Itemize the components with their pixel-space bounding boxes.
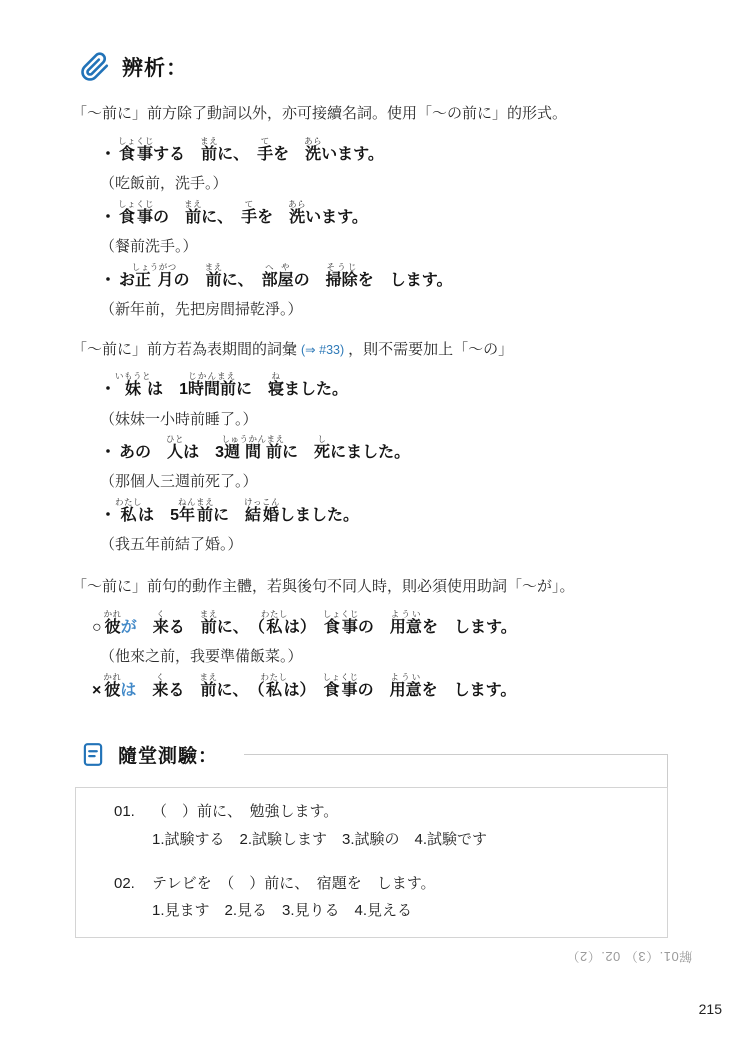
example-marker: × bbox=[92, 682, 101, 699]
quiz-header: 隨堂測驗： bbox=[75, 738, 668, 770]
period-example-group: ・妹いもうとは 1時間前じかんまえに 寝ねました。 （妹妹一小時前睡了。） ・あ… bbox=[100, 371, 750, 559]
question-number: 02. bbox=[114, 870, 152, 926]
example-sentence: ・食事しょくじの 前まえに、 手てを 洗あらいます。 bbox=[100, 199, 750, 233]
rule-period-post: ，則不需要加上「〜の」 bbox=[348, 341, 513, 358]
example-item: ・お正月しょうがつの 前まえに、 部屋へやの 掃除そうじを します。 （新年前，… bbox=[100, 262, 750, 324]
example-marker: ○ bbox=[92, 619, 102, 636]
example-translation: （妹妹一小時前睡了。） bbox=[100, 406, 750, 434]
example-item: ・あの 人ひとは 3週間前しゅうかんまえに 死しにました。 （那個人三週前死了。… bbox=[100, 434, 750, 496]
example-translation: （他來之前，我要準備飯菜。） bbox=[92, 643, 750, 671]
rule-noun-connection: 「〜前に」前方除了動詞以外，亦可接續名詞。使用「〜の前に」的形式。 bbox=[72, 100, 710, 128]
example-item: ×彼かれは 来くる 前まえに、 （私わたしは） 食事しょくじの 用意よういを し… bbox=[92, 672, 750, 706]
example-sentence: ・妹いもうとは 1時間前じかんまえに 寝ねました。 bbox=[100, 371, 750, 405]
example-item: ○彼かれが 来くる 前まえに、 （私わたしは） 食事しょくじの 用意よういを し… bbox=[92, 609, 750, 671]
example-translation: （吃飯前，洗手。） bbox=[100, 170, 750, 198]
example-sentence-text: 私わたしは 5年前ねんまえに 結婚けっこんしました。 bbox=[119, 507, 359, 524]
example-sentence: ・あの 人ひとは 3週間前しゅうかんまえに 死しにました。 bbox=[100, 434, 750, 468]
example-item: ・妹いもうとは 1時間前じかんまえに 寝ねました。 （妹妹一小時前睡了。） bbox=[100, 371, 750, 433]
example-item: ・食事しょくじする 前まえに、 手てを 洗あらいます。 （吃飯前，洗手。） bbox=[100, 136, 750, 198]
example-sentence-text: あの 人ひとは 3週間前しゅうかんまえに 死しにました。 bbox=[119, 444, 410, 461]
example-sentence: ×彼かれは 来くる 前まえに、 （私わたしは） 食事しょくじの 用意よういを し… bbox=[92, 672, 750, 706]
quiz-section: 隨堂測驗： 01. （ ）前に、 勉強します。 1.試験する 2.試験します 3… bbox=[75, 738, 668, 938]
quiz-answer-row: 解01.（3） 02.（2） bbox=[0, 948, 750, 968]
page-number: 215 bbox=[699, 1001, 722, 1017]
question-body: （ ）前に、 勉強します。 1.試験する 2.試験します 3.試験の 4.試験で… bbox=[152, 798, 651, 854]
example-sentence-text: お正月しょうがつの 前まえに、 部屋へやの 掃除そうじを します。 bbox=[119, 272, 452, 289]
quiz-connector-line bbox=[667, 754, 668, 787]
analysis-title: 辨析： bbox=[122, 52, 188, 82]
cross-reference-link: (⇒ #33) bbox=[301, 343, 344, 357]
example-sentence: ・お正月しょうがつの 前まえに、 部屋へやの 掃除そうじを します。 bbox=[100, 262, 750, 296]
example-translation: （我五年前結了婚。） bbox=[100, 531, 750, 559]
example-translation: （那個人三週前死了。） bbox=[100, 468, 750, 496]
noun-example-group: ・食事しょくじする 前まえに、 手てを 洗あらいます。 （吃飯前，洗手。） ・食… bbox=[100, 136, 750, 324]
quiz-question: 01. （ ）前に、 勉強します。 1.試験する 2.試験します 3.試験の 4… bbox=[114, 798, 651, 854]
quiz-header-divider bbox=[244, 754, 668, 755]
example-marker: ・ bbox=[100, 272, 116, 289]
example-item: ・食事しょくじの 前まえに、 手てを 洗あらいます。 （餐前洗手。） bbox=[100, 199, 750, 261]
quiz-question: 02. テレビを （ ）前に、 宿題を します。 1.見ます 2.見る 3.見り… bbox=[114, 870, 651, 926]
question-choices: 1.見ます 2.見る 3.見りる 4.見える bbox=[152, 897, 651, 925]
example-sentence: ○彼かれが 来くる 前まえに、 （私わたしは） 食事しょくじの 用意よういを し… bbox=[92, 609, 750, 643]
question-body: テレビを （ ）前に、 宿題を します。 1.見ます 2.見る 3.見りる 4.… bbox=[152, 870, 651, 926]
example-sentence-text: 食事しょくじする 前まえに、 手てを 洗あらいます。 bbox=[119, 146, 384, 163]
example-marker: ・ bbox=[100, 381, 116, 398]
rule-period-pre: 「〜前に」前方若為表期間的詞彙 bbox=[72, 341, 297, 358]
quiz-box: 01. （ ）前に、 勉強します。 1.試験する 2.試験します 3.試験の 4… bbox=[75, 787, 668, 938]
example-translation: （新年前，先把房間掃乾淨。） bbox=[100, 296, 750, 324]
quiz-title: 隨堂測驗： bbox=[118, 741, 218, 768]
example-translation: （餐前洗手。） bbox=[100, 233, 750, 261]
rule-different-subject: 「〜前に」前句的動作主體，若與後句不同人時，則必須使用助詞「〜が」。 bbox=[72, 573, 710, 601]
example-sentence: ・私わたしは 5年前ねんまえに 結婚けっこんしました。 bbox=[100, 497, 750, 531]
paperclip-icon bbox=[80, 52, 110, 82]
example-sentence-text: 彼かれが 来くる 前まえに、 （私わたしは） 食事しょくじの 用意よういを しま… bbox=[105, 619, 517, 636]
document-icon bbox=[80, 741, 106, 768]
question-choices: 1.試験する 2.試験します 3.試験の 4.試験です bbox=[152, 826, 651, 854]
question-number: 01. bbox=[114, 798, 152, 854]
example-item: ・私わたしは 5年前ねんまえに 結婚けっこんしました。 （我五年前結了婚。） bbox=[100, 497, 750, 559]
rule-period-words: 「〜前に」前方若為表期間的詞彙(⇒ #33)，則不需要加上「〜の」 bbox=[72, 336, 710, 364]
subject-example-group: ○彼かれが 来くる 前まえに、 （私わたしは） 食事しょくじの 用意よういを し… bbox=[92, 609, 750, 706]
example-sentence-text: 食事しょくじの 前まえに、 手てを 洗あらいます。 bbox=[119, 209, 368, 226]
example-marker: ・ bbox=[100, 444, 116, 461]
example-sentence: ・食事しょくじする 前まえに、 手てを 洗あらいます。 bbox=[100, 136, 750, 170]
question-stem: テレビを （ ）前に、 宿題を します。 bbox=[152, 870, 651, 898]
example-marker: ・ bbox=[100, 146, 116, 163]
example-sentence-text: 彼かれは 来くる 前まえに、 （私わたしは） 食事しょくじの 用意よういを しま… bbox=[104, 682, 516, 699]
analysis-header: 辨析： bbox=[80, 50, 750, 84]
quiz-answer-upside-down: 解01.（3） 02.（2） bbox=[566, 948, 692, 967]
question-stem: （ ）前に、 勉強します。 bbox=[152, 798, 651, 826]
textbook-page: { "colors": { "accent": "#2273b8", "part… bbox=[0, 0, 750, 1053]
example-marker: ・ bbox=[100, 507, 116, 524]
example-sentence-text: 妹いもうとは 1時間前じかんまえに 寝ねました。 bbox=[119, 381, 348, 398]
example-marker: ・ bbox=[100, 209, 116, 226]
